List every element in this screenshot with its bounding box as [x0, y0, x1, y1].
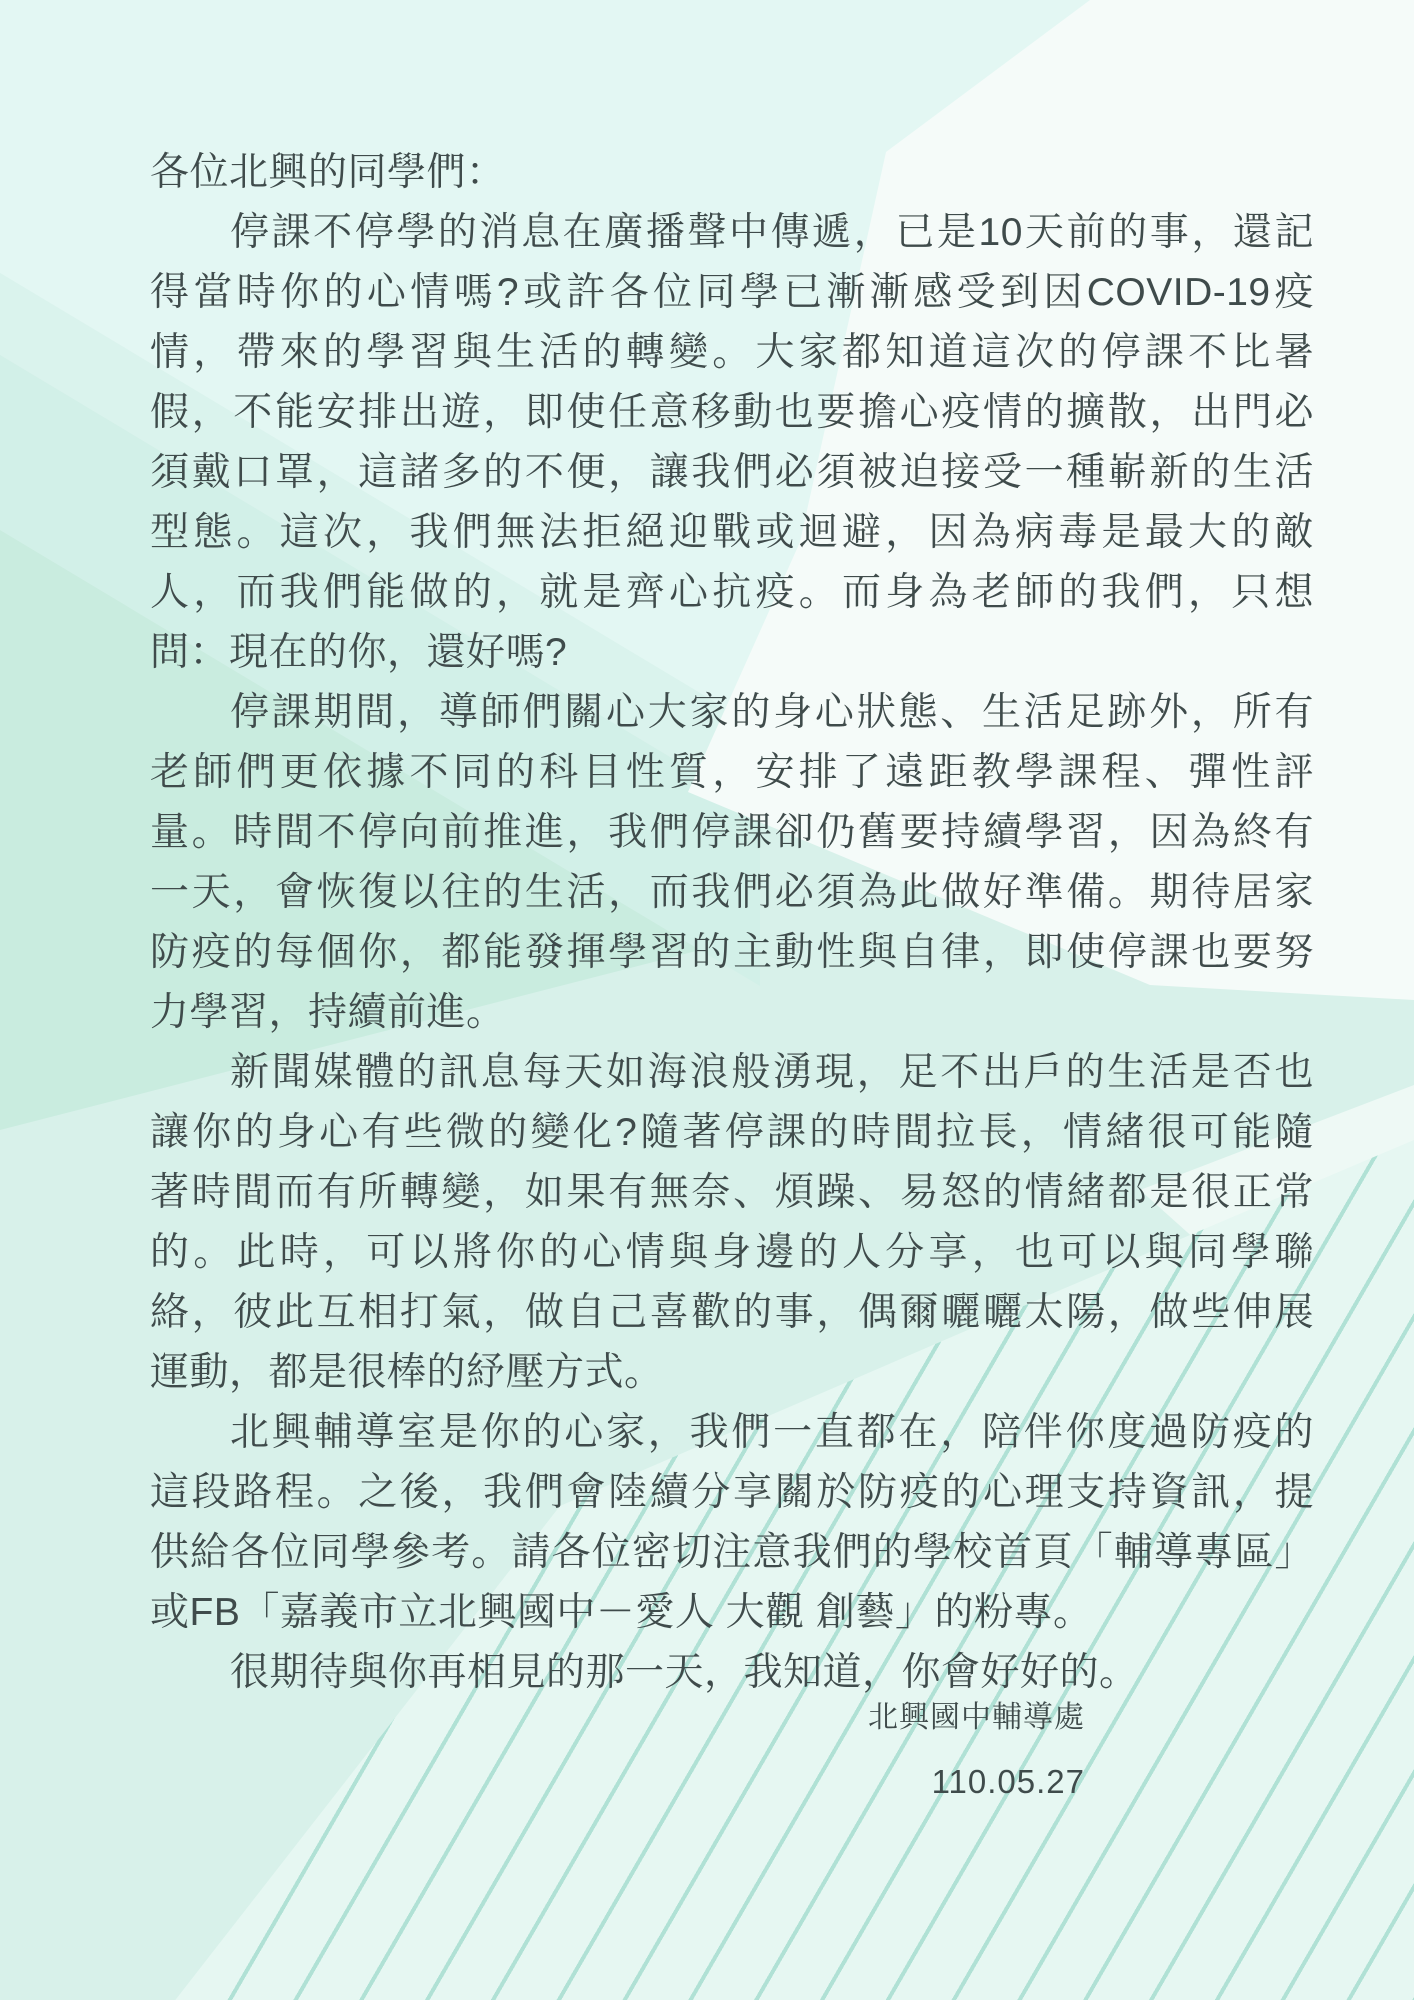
letter-text: 各位北興的同學們：停課不停學的消息在廣播聲中傳遞，已是10天前的事，還記得當時你…: [150, 143, 1314, 1703]
letter-line: 量。時間不停向前推進，我們停課卻仍舊要持續學習，因為終有: [150, 803, 1314, 863]
letter-line: 型態。這次，我們無法拒絕迎戰或迴避，因為病毒是最大的敵: [150, 503, 1314, 563]
letter-line: 或FB「嘉義市立北興國中－愛人 大觀 創藝」的粉專。: [150, 1583, 1314, 1643]
letter-line: 這段路程。之後，我們會陸續分享關於防疫的心理支持資訊，提: [150, 1463, 1314, 1523]
letter-line: 的。此時，可以將你的心情與身邊的人分享，也可以與同學聯: [150, 1223, 1314, 1283]
signature-department: 北興國中輔導處: [868, 1698, 1085, 1738]
letter-line: 一天，會恢復以往的生活，而我們必須為此做好準備。期待居家: [150, 863, 1314, 923]
letter-line: 運動，都是很棒的紓壓方式。: [150, 1343, 1314, 1403]
letter-line: 人，而我們能做的，就是齊心抗疫。而身為老師的我們，只想: [150, 563, 1314, 623]
letter-line: 供給各位同學參考。請各位密切注意我們的學校首頁「輔導專區」: [150, 1523, 1314, 1583]
letter-line: 力學習，持續前進。: [150, 983, 1314, 1043]
letter-line: 停課不停學的消息在廣播聲中傳遞，已是10天前的事，還記: [150, 203, 1314, 263]
letter-line: 新聞媒體的訊息每天如海浪般湧現，足不出戶的生活是否也: [150, 1043, 1314, 1103]
letter-line: 須戴口罩，這諸多的不便，讓我們必須被迫接受一種嶄新的生活: [150, 443, 1314, 503]
letter-line: 問：現在的你，還好嗎?: [150, 623, 1314, 683]
letter-line: 絡，彼此互相打氣，做自己喜歡的事，偶爾曬曬太陽，做些伸展: [150, 1283, 1314, 1343]
letter-line: 各位北興的同學們：: [150, 143, 1314, 203]
letter-line: 情，帶來的學習與生活的轉變。大家都知道這次的停課不比暑: [150, 323, 1314, 383]
letter-line: 老師們更依據不同的科目性質，安排了遠距教學課程、彈性評: [150, 743, 1314, 803]
letter-body: 各位北興的同學們：停課不停學的消息在廣播聲中傳遞，已是10天前的事，還記得當時你…: [150, 143, 1314, 1703]
letter-line: 讓你的身心有些微的變化?隨著停課的時間拉長，情緒很可能隨: [150, 1103, 1314, 1163]
signature-date: 110.05.27: [868, 1762, 1085, 1802]
letter-line: 防疫的每個你，都能發揮學習的主動性與自律，即使停課也要努: [150, 923, 1314, 983]
letter-line: 北興輔導室是你的心家，我們一直都在，陪伴你度過防疫的: [150, 1403, 1314, 1463]
letter-line: 假，不能安排出遊，即使任意移動也要擔心疫情的擴散，出門必: [150, 383, 1314, 443]
letter-page: 各位北興的同學們：停課不停學的消息在廣播聲中傳遞，已是10天前的事，還記得當時你…: [0, 0, 1414, 2000]
letter-line: 得當時你的心情嗎?或許各位同學已漸漸感受到因COVID-19疫: [150, 263, 1314, 323]
letter-line: 停課期間，導師們關心大家的身心狀態、生活足跡外，所有: [150, 683, 1314, 743]
letter-line: 著時間而有所轉變，如果有無奈、煩躁、易怒的情緒都是很正常: [150, 1163, 1314, 1223]
signature-block: 北興國中輔導處 110.05.27: [868, 1698, 1085, 1802]
letter-line: 很期待與你再相見的那一天，我知道，你會好好的。: [150, 1643, 1314, 1703]
